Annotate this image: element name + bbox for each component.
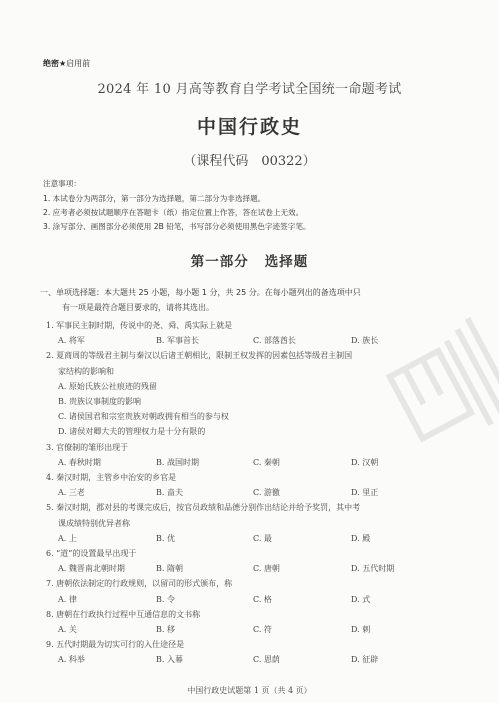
question-8: 8. 唐朝在行政执行过程中互通信息的文书称 A. 关 B. 移 C. 符 D. … bbox=[46, 607, 446, 637]
options-row: A. 三老 B. 啬夫 C. 游徼 D. 里正 bbox=[46, 485, 446, 500]
notice-item: 3. 涂写部分、画图部分必须使用 2B 铅笔，书写部分必须使用黑色字迹签字笔。 bbox=[43, 220, 311, 234]
question-stem: 4. 秦汉时期，主管乡中治安的乡官是 bbox=[46, 470, 446, 485]
question-stem: 8. 唐朝在行政执行过程中互通信息的文书称 bbox=[46, 607, 446, 622]
question-7: 7. 唐朝依法制定的行政规则，以留司的形式颁布，称 A. 律 B. 令 C. 格… bbox=[46, 576, 446, 606]
section-line-1: 一、单项选择题：本大题共 25 小题，每小题 1 分，共 25 分。在每小题列出… bbox=[40, 285, 440, 300]
options-row: A. 科举 B. 入幕 C. 恩荫 D. 征辟 bbox=[46, 652, 446, 667]
question-stem: 6. “道”的设置最早出现于 bbox=[46, 546, 446, 561]
question-5: 5. 秦汉时期，郡对县的考课完成后，按官员政绩和品德分别作出结论并给予奖罚，其中… bbox=[46, 500, 446, 546]
option-b: B. 移 bbox=[156, 622, 175, 637]
options-row: A. 春秋时期 B. 战国时期 C. 秦朝 D. 汉朝 bbox=[46, 455, 446, 470]
option-a: A. 春秋时期 bbox=[58, 455, 101, 470]
exam-page: 绝密★启用前 2024 年 10 月高等教育自学考试全国统一命题考试 中国行政史… bbox=[0, 0, 499, 703]
option-d: D. 五代时期 bbox=[351, 561, 394, 576]
exam-title: 2024 年 10 月高等教育自学考试全国统一命题考试 bbox=[0, 78, 499, 97]
options-row: A. 关 B. 移 C. 符 D. 刺 bbox=[46, 622, 446, 637]
option-c: C. 格 bbox=[253, 592, 272, 607]
option-c: C. 游徼 bbox=[253, 485, 280, 500]
option-d: D. 里正 bbox=[351, 485, 378, 500]
option-a: A. 关 bbox=[58, 622, 77, 637]
question-9: 9. 五代时期最为切实可行的入仕途径是 A. 科举 B. 入幕 C. 恩荫 D.… bbox=[46, 637, 446, 667]
secret-text: 绝密 bbox=[43, 59, 59, 68]
option-a: A. 律 bbox=[58, 592, 77, 607]
option-b: B. 隋朝 bbox=[156, 561, 183, 576]
option-c: C. 部落酋长 bbox=[253, 333, 296, 348]
subject-title: 中国行政史 bbox=[0, 112, 499, 139]
options-row: A. 将军 B. 军事首长 C. 部落酋长 D. 族长 bbox=[46, 333, 446, 348]
notice-item: 1. 本试卷分为两部分，第一部分为选择题，第二部分为非选择题。 bbox=[43, 192, 311, 206]
confidential-label: 绝密★启用前 bbox=[43, 58, 90, 69]
option-a: A. 魏晋南北朝时期 bbox=[58, 561, 125, 576]
page-footer: 中国行政史试题第 1 页（共 4 页） bbox=[0, 685, 499, 696]
question-stem-cont: 课成绩特别优异者称 bbox=[46, 516, 446, 531]
option-d: D. 征辟 bbox=[351, 652, 378, 667]
option-d: D. 族长 bbox=[351, 333, 378, 348]
option-a: A. 三老 bbox=[58, 485, 85, 500]
course-code: （课程代码 00322） bbox=[0, 150, 499, 169]
option-b: B. 令 bbox=[156, 592, 175, 607]
option-b: B. 优 bbox=[156, 531, 175, 546]
option-b: B. 贵族议事制度的影响 bbox=[46, 394, 446, 409]
option-b: B. 军事首长 bbox=[156, 333, 199, 348]
option-b: B. 啬夫 bbox=[156, 485, 183, 500]
question-stem: 7. 唐朝依法制定的行政规则，以留司的形式颁布，称 bbox=[46, 576, 446, 591]
option-c: C. 最 bbox=[253, 531, 272, 546]
option-b: B. 入幕 bbox=[156, 652, 183, 667]
option-c: C. 诸侯国君和宗室贵族对朝政拥有相当的参与权 bbox=[46, 409, 446, 424]
notice-item: 2. 应考者必须按试题顺序在答题卡（纸）指定位置上作答，答在试卷上无效。 bbox=[43, 206, 311, 220]
option-d: D. 刺 bbox=[351, 622, 370, 637]
option-d: D. 殿 bbox=[351, 531, 370, 546]
secret-suffix: 启用前 bbox=[66, 59, 90, 68]
option-c: C. 唐朝 bbox=[253, 561, 280, 576]
question-stem: 1. 军事民主制时期，传说中的尧、舜、禹实际上就是 bbox=[46, 318, 446, 333]
part-title: 第一部分选择题 bbox=[0, 250, 499, 270]
option-c: C. 符 bbox=[253, 622, 272, 637]
question-6: 6. “道”的设置最早出现于 A. 魏晋南北朝时期 B. 隋朝 C. 唐朝 D.… bbox=[46, 546, 446, 576]
notice-heading: 注意事项： bbox=[43, 178, 311, 189]
option-c: C. 恩荫 bbox=[253, 652, 280, 667]
options-row: A. 律 B. 令 C. 格 D. 式 bbox=[46, 592, 446, 607]
notice-block: 注意事项： 1. 本试卷分为两部分，第一部分为选择题，第二部分为非选择题。 2.… bbox=[43, 178, 311, 234]
options-row: A. 上 B. 优 C. 最 D. 殿 bbox=[46, 531, 446, 546]
section-line-2: 有一项是最符合题目要求的，请将其选出。 bbox=[40, 300, 440, 315]
option-b: B. 战国时期 bbox=[156, 455, 199, 470]
option-a: A. 科举 bbox=[58, 652, 85, 667]
question-1: 1. 军事民主制时期，传说中的尧、舜、禹实际上就是 A. 将军 B. 军事首长 … bbox=[46, 318, 446, 348]
question-stem: 9. 五代时期最为切实可行的入仕途径是 bbox=[46, 637, 446, 652]
section-instructions: 一、单项选择题：本大题共 25 小题，每小题 1 分，共 25 分。在每小题列出… bbox=[40, 285, 440, 315]
option-c: C. 秦朝 bbox=[253, 455, 280, 470]
part-number: 第一部分 bbox=[191, 254, 249, 270]
option-d: D. 诸侯对卿大夫的管理权力是十分有限的 bbox=[46, 424, 446, 439]
option-a: A. 上 bbox=[58, 531, 77, 546]
options-row: A. 魏晋南北朝时期 B. 隋朝 C. 唐朝 D. 五代时期 bbox=[46, 561, 446, 576]
option-a: A. 将军 bbox=[58, 333, 85, 348]
question-4: 4. 秦汉时期，主管乡中治安的乡官是 A. 三老 B. 啬夫 C. 游徼 D. … bbox=[46, 470, 446, 500]
question-stem: 3. 官僚制的雏形出现于 bbox=[46, 440, 446, 455]
option-d: D. 汉朝 bbox=[351, 455, 378, 470]
question-3: 3. 官僚制的雏形出现于 A. 春秋时期 B. 战国时期 C. 秦朝 D. 汉朝 bbox=[46, 440, 446, 470]
part-name: 选择题 bbox=[265, 254, 309, 270]
question-stem: 5. 秦汉时期，郡对县的考课完成后，按官员政绩和品德分别作出结论并给予奖罚，其中… bbox=[46, 500, 446, 515]
option-d: D. 式 bbox=[351, 592, 370, 607]
